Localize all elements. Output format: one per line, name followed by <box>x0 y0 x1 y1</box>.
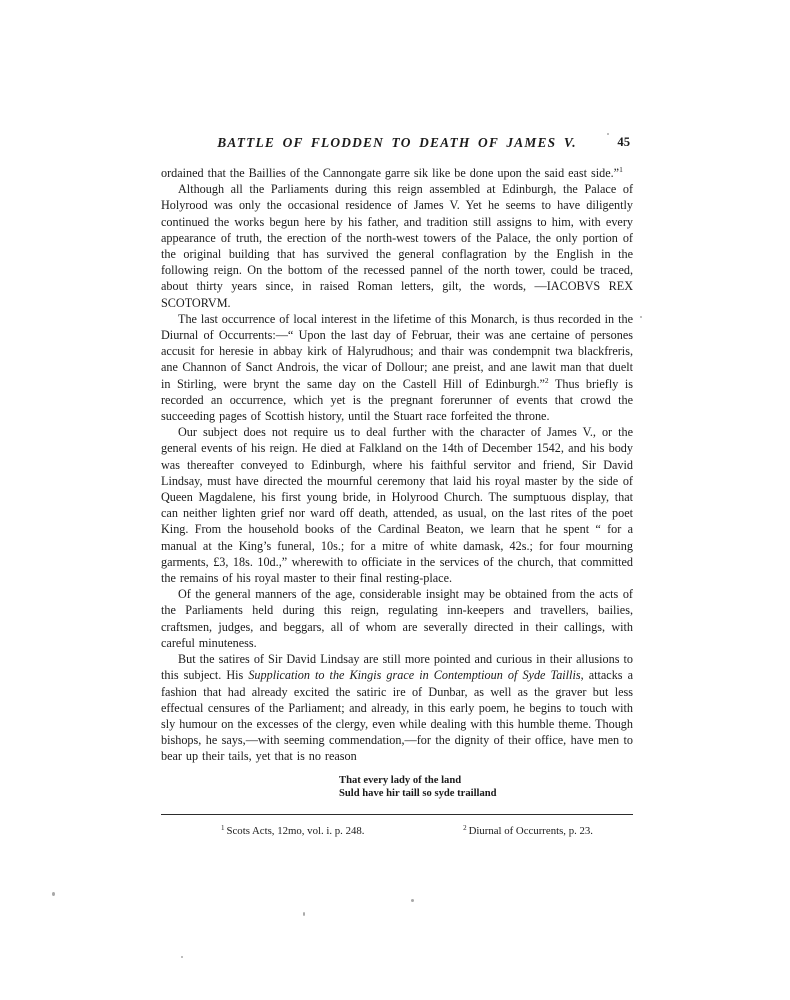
scan-speck <box>607 133 609 135</box>
scan-speck <box>640 316 642 318</box>
verse-block: That every lady of the landSuld have hir… <box>339 774 633 802</box>
paragraph: ordained that the Baillies of the Cannon… <box>161 165 633 181</box>
footnote-marker: 2 <box>463 824 467 832</box>
paragraph: Although all the Parliaments during this… <box>161 181 633 311</box>
text-segment: Although all the Parliaments during this… <box>161 182 633 309</box>
footnote: 2Diurnal of Occurrents, p. 23. <box>463 824 593 838</box>
scan-speck <box>411 899 414 902</box>
page-number: 45 <box>617 135 630 150</box>
footnote-text: Scots Acts, 12mo, vol. i. p. 248. <box>227 825 365 837</box>
text-segment: Supplication to the Kingis grace in Cont… <box>248 668 580 682</box>
footnote-divider <box>161 814 633 815</box>
scan-speck <box>303 912 305 916</box>
scan-speck <box>181 956 183 958</box>
text-column: BATTLE OF FLODDEN TO DEATH OF JAMES V. 4… <box>161 134 633 838</box>
page-title: BATTLE OF FLODDEN TO DEATH OF JAMES V. <box>217 135 577 151</box>
text-segment: , attacks a fashion that had already exc… <box>161 668 633 763</box>
verse-line: Suld have hir taill so syde trailland <box>339 787 633 801</box>
footnote-reference: 1 <box>619 165 623 174</box>
paragraph: But the satires of Sir David Lindsay are… <box>161 651 633 764</box>
scan-speck <box>52 892 55 896</box>
footnote-text: Diurnal of Occurrents, p. 23. <box>469 825 593 837</box>
running-header: BATTLE OF FLODDEN TO DEATH OF JAMES V. 4… <box>161 134 633 154</box>
footnote: 1Scots Acts, 12mo, vol. i. p. 248. <box>221 824 364 838</box>
book-page: BATTLE OF FLODDEN TO DEATH OF JAMES V. 4… <box>0 0 790 1000</box>
footnote-marker: 1 <box>221 824 225 832</box>
footnotes: 1Scots Acts, 12mo, vol. i. p. 248.2Diurn… <box>161 824 633 838</box>
paragraph: Of the general manners of the age, consi… <box>161 586 633 651</box>
paragraph: Our subject does not require us to deal … <box>161 424 633 586</box>
body-text: ordained that the Baillies of the Cannon… <box>161 165 633 765</box>
paragraph: The last occurrence of local interest in… <box>161 311 633 424</box>
text-segment: ordained that the Baillies of the Cannon… <box>161 166 619 180</box>
text-segment: Our subject does not require us to deal … <box>161 425 633 585</box>
text-segment: Of the general manners of the age, consi… <box>161 587 633 650</box>
verse-line: That every lady of the land <box>339 774 633 788</box>
